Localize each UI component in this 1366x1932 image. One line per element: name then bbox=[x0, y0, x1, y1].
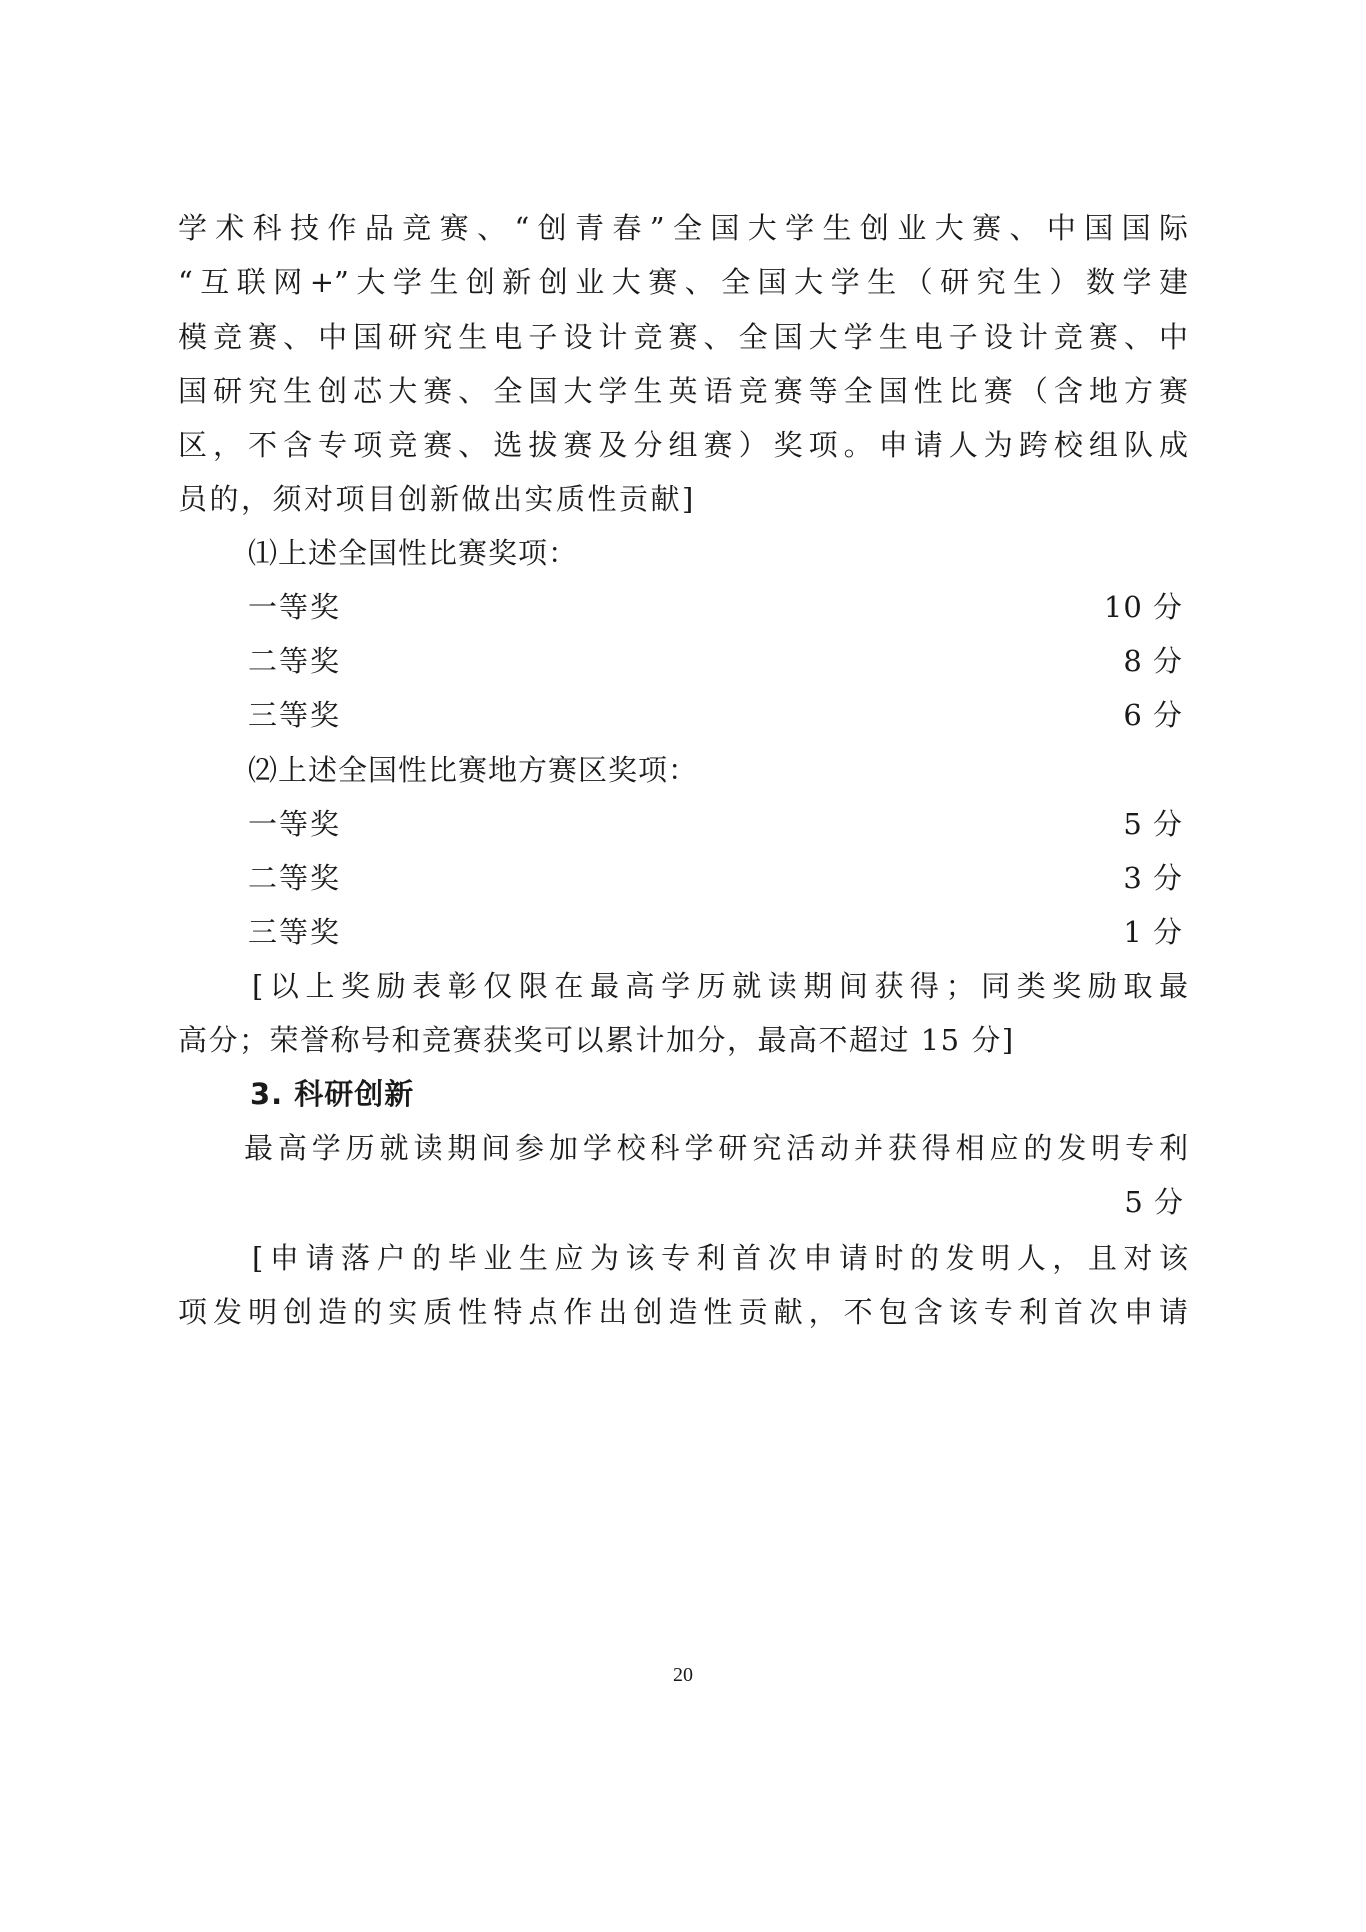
score-row-regional-third: 三等奖 1 分 bbox=[248, 912, 1183, 952]
score-row-national-second: 二等奖 8 分 bbox=[248, 641, 1183, 681]
note-line: 高分；荣誉称号和竞赛获奖可以累计加分，最高不超过 15 分] bbox=[178, 1020, 1188, 1060]
award-score-value: 10 分 bbox=[1104, 587, 1183, 627]
award-score-value: 8 分 bbox=[1123, 641, 1183, 681]
paragraph-line: 区，不含专项竞赛、选拔赛及分组赛）奖项。申请人为跨校组队成 bbox=[178, 425, 1188, 465]
score-row-regional-second: 二等奖 3 分 bbox=[248, 858, 1183, 898]
award-score-value: 5 分 bbox=[1123, 804, 1183, 844]
section-national-awards-title: ⑴上述全国性比赛奖项： bbox=[248, 533, 1258, 573]
research-body-line: 最高学历就读期间参加学校科学研究活动并获得相应的发明专利 bbox=[244, 1128, 1188, 1168]
research-note-line: 项发明创造的实质性特点作出创造性贡献，不包含该专利首次申请 bbox=[178, 1292, 1188, 1332]
score-row-national-first: 一等奖 10 分 bbox=[248, 587, 1183, 627]
paragraph-line: 学术科技作品竞赛、“创青春”全国大学生创业大赛、中国国际 bbox=[178, 208, 1188, 248]
award-score-value: 6 分 bbox=[1123, 695, 1183, 735]
award-level-label: 三等奖 bbox=[248, 912, 341, 952]
research-note-line: [申请落户的毕业生应为该专利首次申请时的发明人，且对该 bbox=[252, 1238, 1188, 1278]
award-level-label: 三等奖 bbox=[248, 695, 341, 735]
note-line: [以上奖励表彰仅限在最高学历就读期间获得；同类奖励取最 bbox=[252, 966, 1188, 1006]
paragraph-line: 模竞赛、中国研究生电子设计竞赛、全国大学生电子设计竞赛、中 bbox=[178, 317, 1188, 357]
award-score-value: 3 分 bbox=[1123, 858, 1183, 898]
paragraph-line: 国研究生创芯大赛、全国大学生英语竞赛等全国性比赛（含地方赛 bbox=[178, 371, 1188, 411]
award-level-label: 一等奖 bbox=[248, 587, 341, 627]
award-level-label: 二等奖 bbox=[248, 858, 341, 898]
score-row-regional-first: 一等奖 5 分 bbox=[248, 804, 1183, 844]
award-level-label: 一等奖 bbox=[248, 804, 341, 844]
section-regional-awards-title: ⑵上述全国性比赛地方赛区奖项： bbox=[248, 750, 1258, 790]
document-page: 学术科技作品竞赛、“创青春”全国大学生创业大赛、中国国际 “互联网+”大学生创新… bbox=[0, 0, 1366, 1932]
paragraph-line: 员的，须对项目创新做出实质性贡献] bbox=[178, 479, 1188, 519]
award-score-value: 1 分 bbox=[1123, 912, 1183, 952]
section-research-innovation-heading: 3. 科研创新 bbox=[250, 1074, 1260, 1114]
award-level-label: 二等奖 bbox=[248, 641, 341, 681]
research-score-value: 5 分 bbox=[1124, 1182, 1184, 1222]
page-number: 20 bbox=[0, 1664, 1366, 1687]
paragraph-line: “互联网+”大学生创新创业大赛、全国大学生（研究生）数学建 bbox=[178, 262, 1188, 302]
score-row-national-third: 三等奖 6 分 bbox=[248, 695, 1183, 735]
